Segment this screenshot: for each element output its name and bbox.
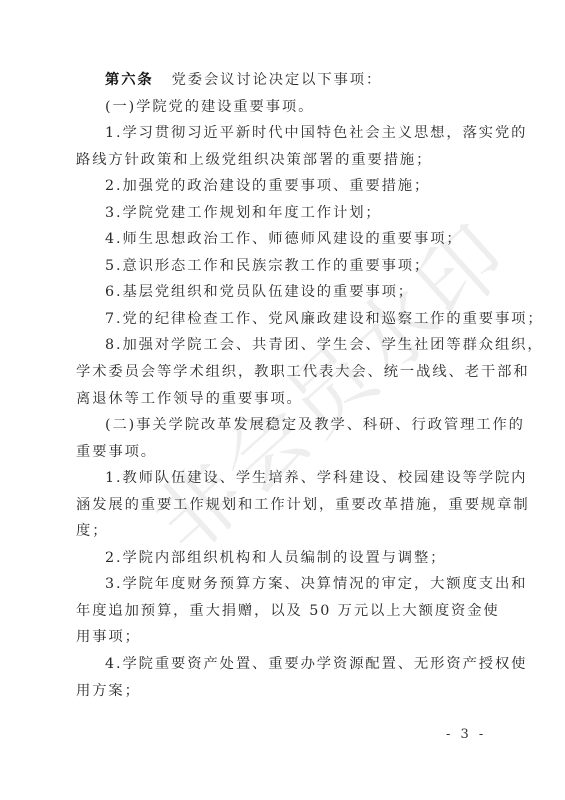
text-line: 2.学院内部组织机构和人员编制的设置与调整； bbox=[76, 545, 500, 572]
text-line: 3.学院年度财务预算方案、决算情况的审定，大额度支出和 bbox=[76, 571, 500, 598]
document-body: 第六条党委会议讨论决定以下事项： (一)学院党的建设重要事项。 1.学习贯彻习近… bbox=[76, 67, 500, 704]
text-line: 3.学院党建工作规划和年度工作计划； bbox=[76, 200, 500, 227]
article-heading: 第六条 bbox=[105, 72, 154, 88]
text-line: (二)事关学院改革发展稳定及教学、科研、行政管理工作的 bbox=[76, 412, 500, 439]
text-line: 4.学院重要资产处置、重要办学资源配置、无形资产授权使 bbox=[76, 651, 500, 678]
text-line: 6.基层党组织和党员队伍建设的重要事项； bbox=[76, 279, 500, 306]
text-line: 用方案； bbox=[76, 678, 500, 705]
text-line: 重要事项。 bbox=[76, 439, 500, 466]
text-line: 5.意识形态工作和民族宗教工作的重要事项； bbox=[76, 253, 500, 280]
text-line: (一)学院党的建设重要事项。 bbox=[76, 94, 500, 121]
text-line: 1.学习贯彻习近平新时代中国特色社会主义思想，落实党的 bbox=[76, 120, 500, 147]
text-line: 用事项； bbox=[76, 624, 500, 651]
document-page: 非会员水印 第六条党委会议讨论决定以下事项： (一)学院党的建设重要事项。 1.… bbox=[0, 0, 565, 800]
text-line: 度； bbox=[76, 518, 500, 545]
page-number: - 3 - bbox=[446, 727, 486, 742]
text-line: 7.党的纪律检查工作、党风廉政建设和巡察工作的重要事项； bbox=[76, 306, 500, 333]
text-line: 4.师生思想政治工作、师德师风建设的重要事项； bbox=[76, 226, 500, 253]
text-line: 涵发展的重要工作规划和工作计划，重要改革措施，重要规章制 bbox=[76, 492, 500, 519]
text-line: 2.加强党的政治建设的重要事项、重要措施； bbox=[76, 173, 500, 200]
text-line: 学术委员会等学术组织，教职工代表大会、统一战线、老干部和 bbox=[76, 359, 500, 386]
text-line: 路线方针政策和上级党组织决策部署的重要措施； bbox=[76, 147, 500, 174]
article-intro: 党委会议讨论决定以下事项： bbox=[172, 72, 383, 88]
text-line: 1.教师队伍建设、学生培养、学科建设、校园建设等学院内 bbox=[76, 465, 500, 492]
article-heading-line: 第六条党委会议讨论决定以下事项： bbox=[76, 67, 500, 94]
text-line: 离退休等工作领导的重要事项。 bbox=[76, 386, 500, 413]
text-line: 年度追加预算，重大捐赠，以及 50 万元以上大额度资金使 bbox=[76, 598, 500, 625]
text-line: 8.加强对学院工会、共青团、学生会、学生社团等群众组织， bbox=[76, 332, 500, 359]
